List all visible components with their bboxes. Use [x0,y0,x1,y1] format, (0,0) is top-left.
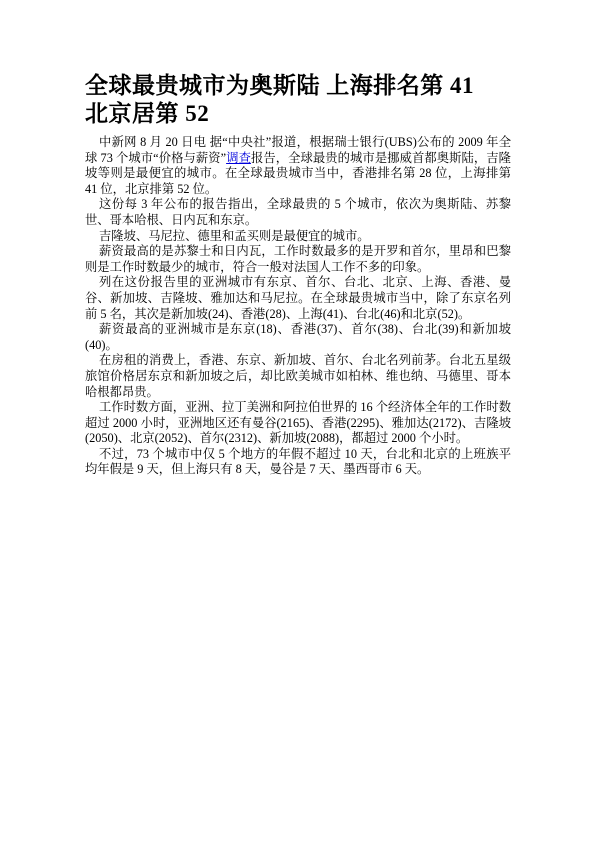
paragraph: 列在这份报告里的亚洲城市有东京、首尔、台北、北京、上海、香港、曼谷、新加坡、吉隆… [85,275,511,322]
paragraph: 吉隆坡、马尼拉、德里和孟买则是最便宜的城市。 [85,229,511,245]
document-page: 全球最贵城市为奥斯陆 上海排名第 41 北京居第 52 中新网 8 月 20 日… [0,0,595,842]
article-title-line-1: 全球最贵城市为奥斯陆 上海排名第 41 [85,72,511,100]
survey-link[interactable]: 调查 [226,151,251,165]
paragraph: 在房租的消费上，香港、东京、新加坡、首尔、台北名列前茅。台北五星级旅馆价格居东京… [85,353,511,400]
paragraph: 这份每 3 年公布的报告指出，全球最贵的 5 个城市，依次为奥斯陆、苏黎世、哥本… [85,197,511,228]
paragraph: 工作时数方面，亚洲、拉丁美洲和阿拉伯世界的 16 个经济体全年的工作时数超过 2… [85,400,511,447]
article-title: 全球最贵城市为奥斯陆 上海排名第 41 北京居第 52 [85,72,511,128]
lead-paragraph: 中新网 8 月 20 日电 据“中央社”报道，根据瑞士银行(UBS)公布的 20… [85,135,511,197]
paragraph: 不过，73 个城市中仅 5 个地方的年假不超过 10 天，台北和北京的上班族平均… [85,447,511,478]
article-body: 中新网 8 月 20 日电 据“中央社”报道，根据瑞士银行(UBS)公布的 20… [85,135,511,478]
paragraph: 薪资最高的亚洲城市是东京(18)、香港(37)、首尔(38)、台北(39)和新加… [85,322,511,353]
paragraph: 薪资最高的是苏黎士和日内瓦，工作时数最多的是开罗和首尔，里昂和巴黎则是工作时数最… [85,244,511,275]
article-title-line-2: 北京居第 52 [85,100,511,128]
